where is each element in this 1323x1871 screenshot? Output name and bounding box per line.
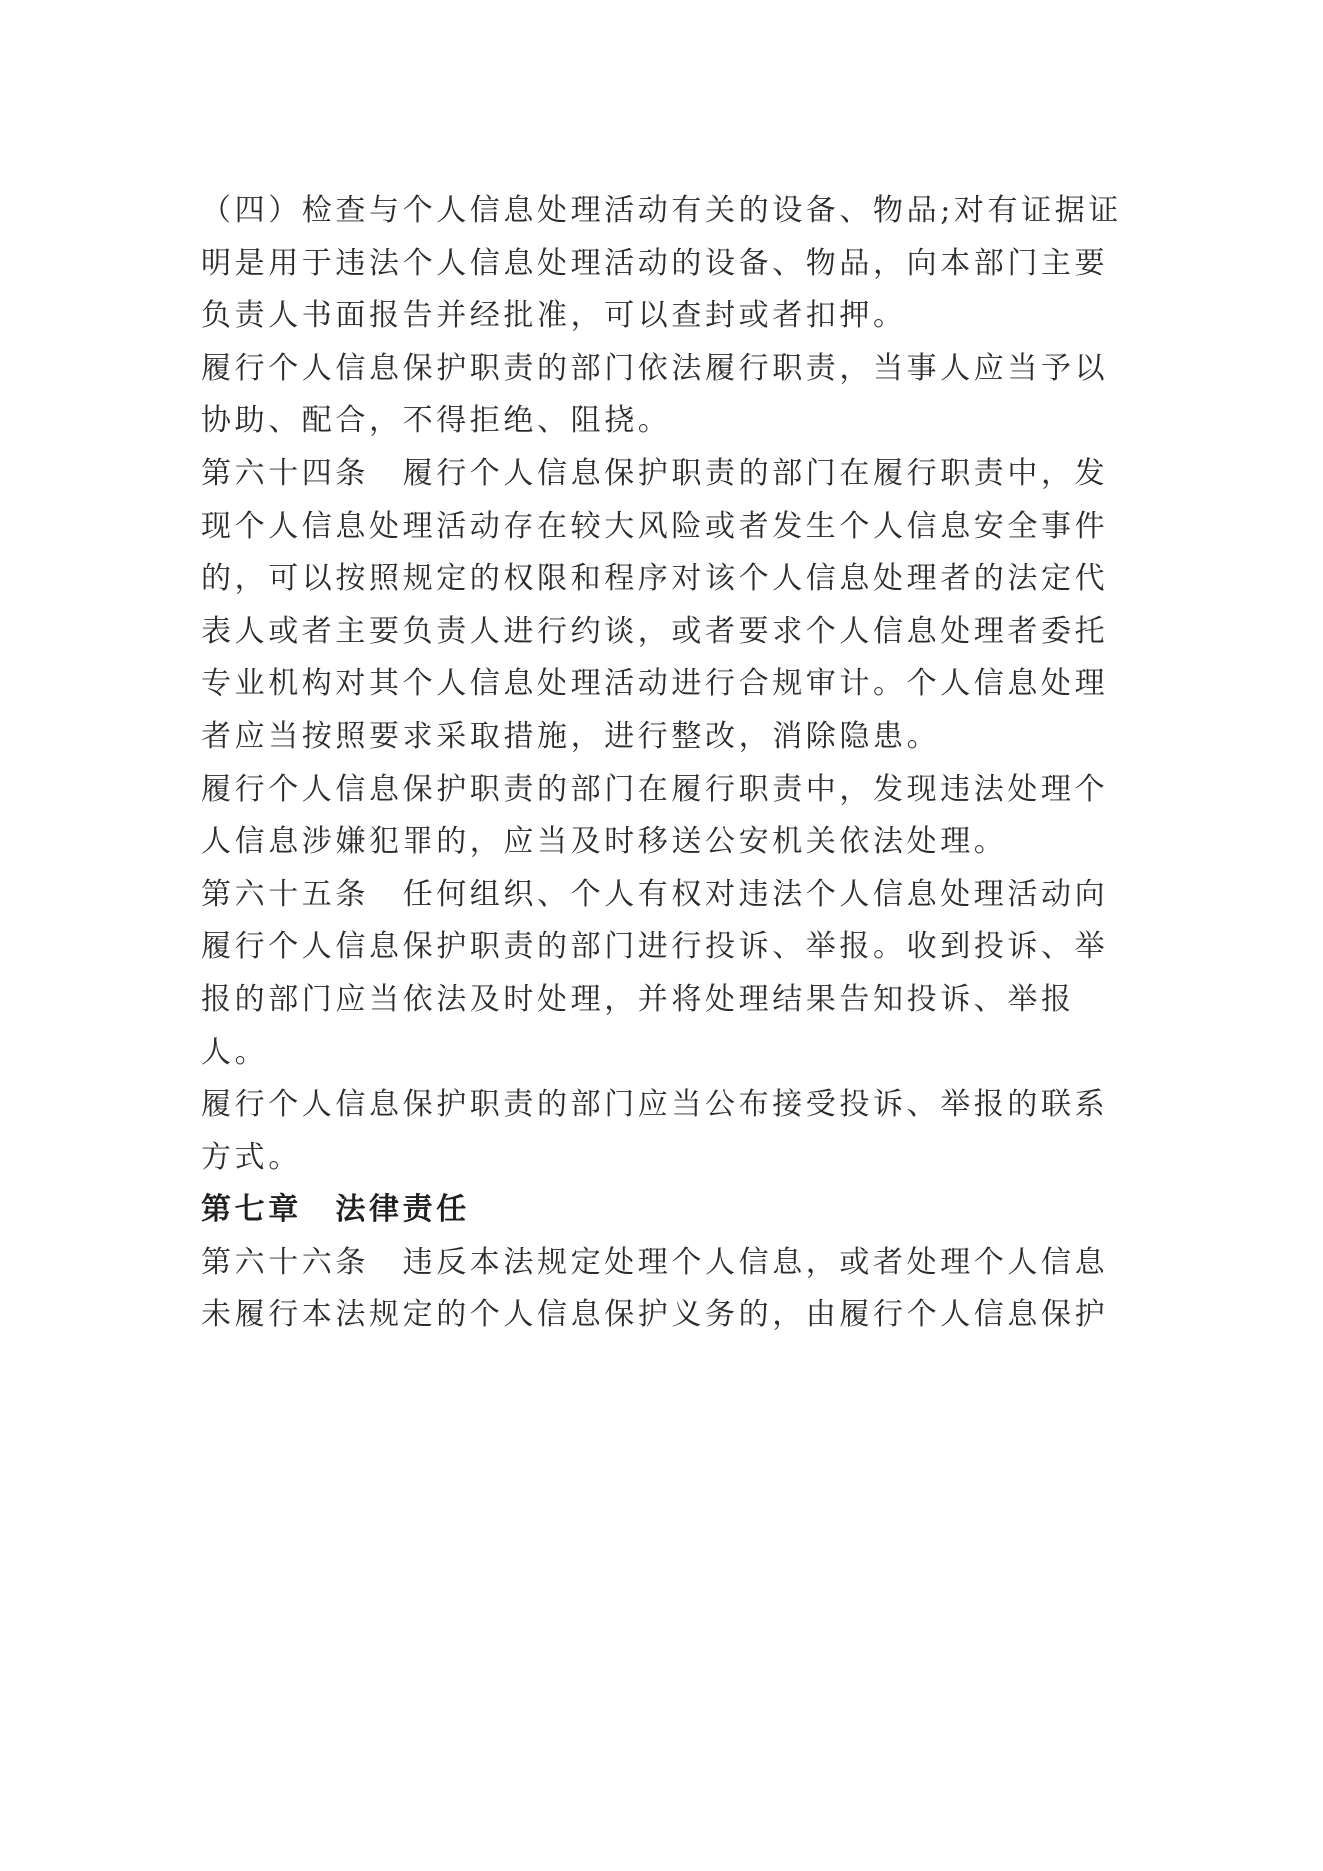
text-line: 报的部门应当依法及时处理，并将处理结果告知投诉、举报 [201, 965, 1141, 1035]
text-line: 履行个人信息保护职责的部门应当公布接受投诉、举报的联系 [201, 1070, 1141, 1140]
document-page: （四）检查与个人信息处理活动有关的设备、物品;对有证据证 明是用于违法个人信息处… [201, 176, 1141, 1350]
text-line: 未履行本法规定的个人信息保护义务的，由履行个人信息保护 [201, 1280, 1141, 1350]
